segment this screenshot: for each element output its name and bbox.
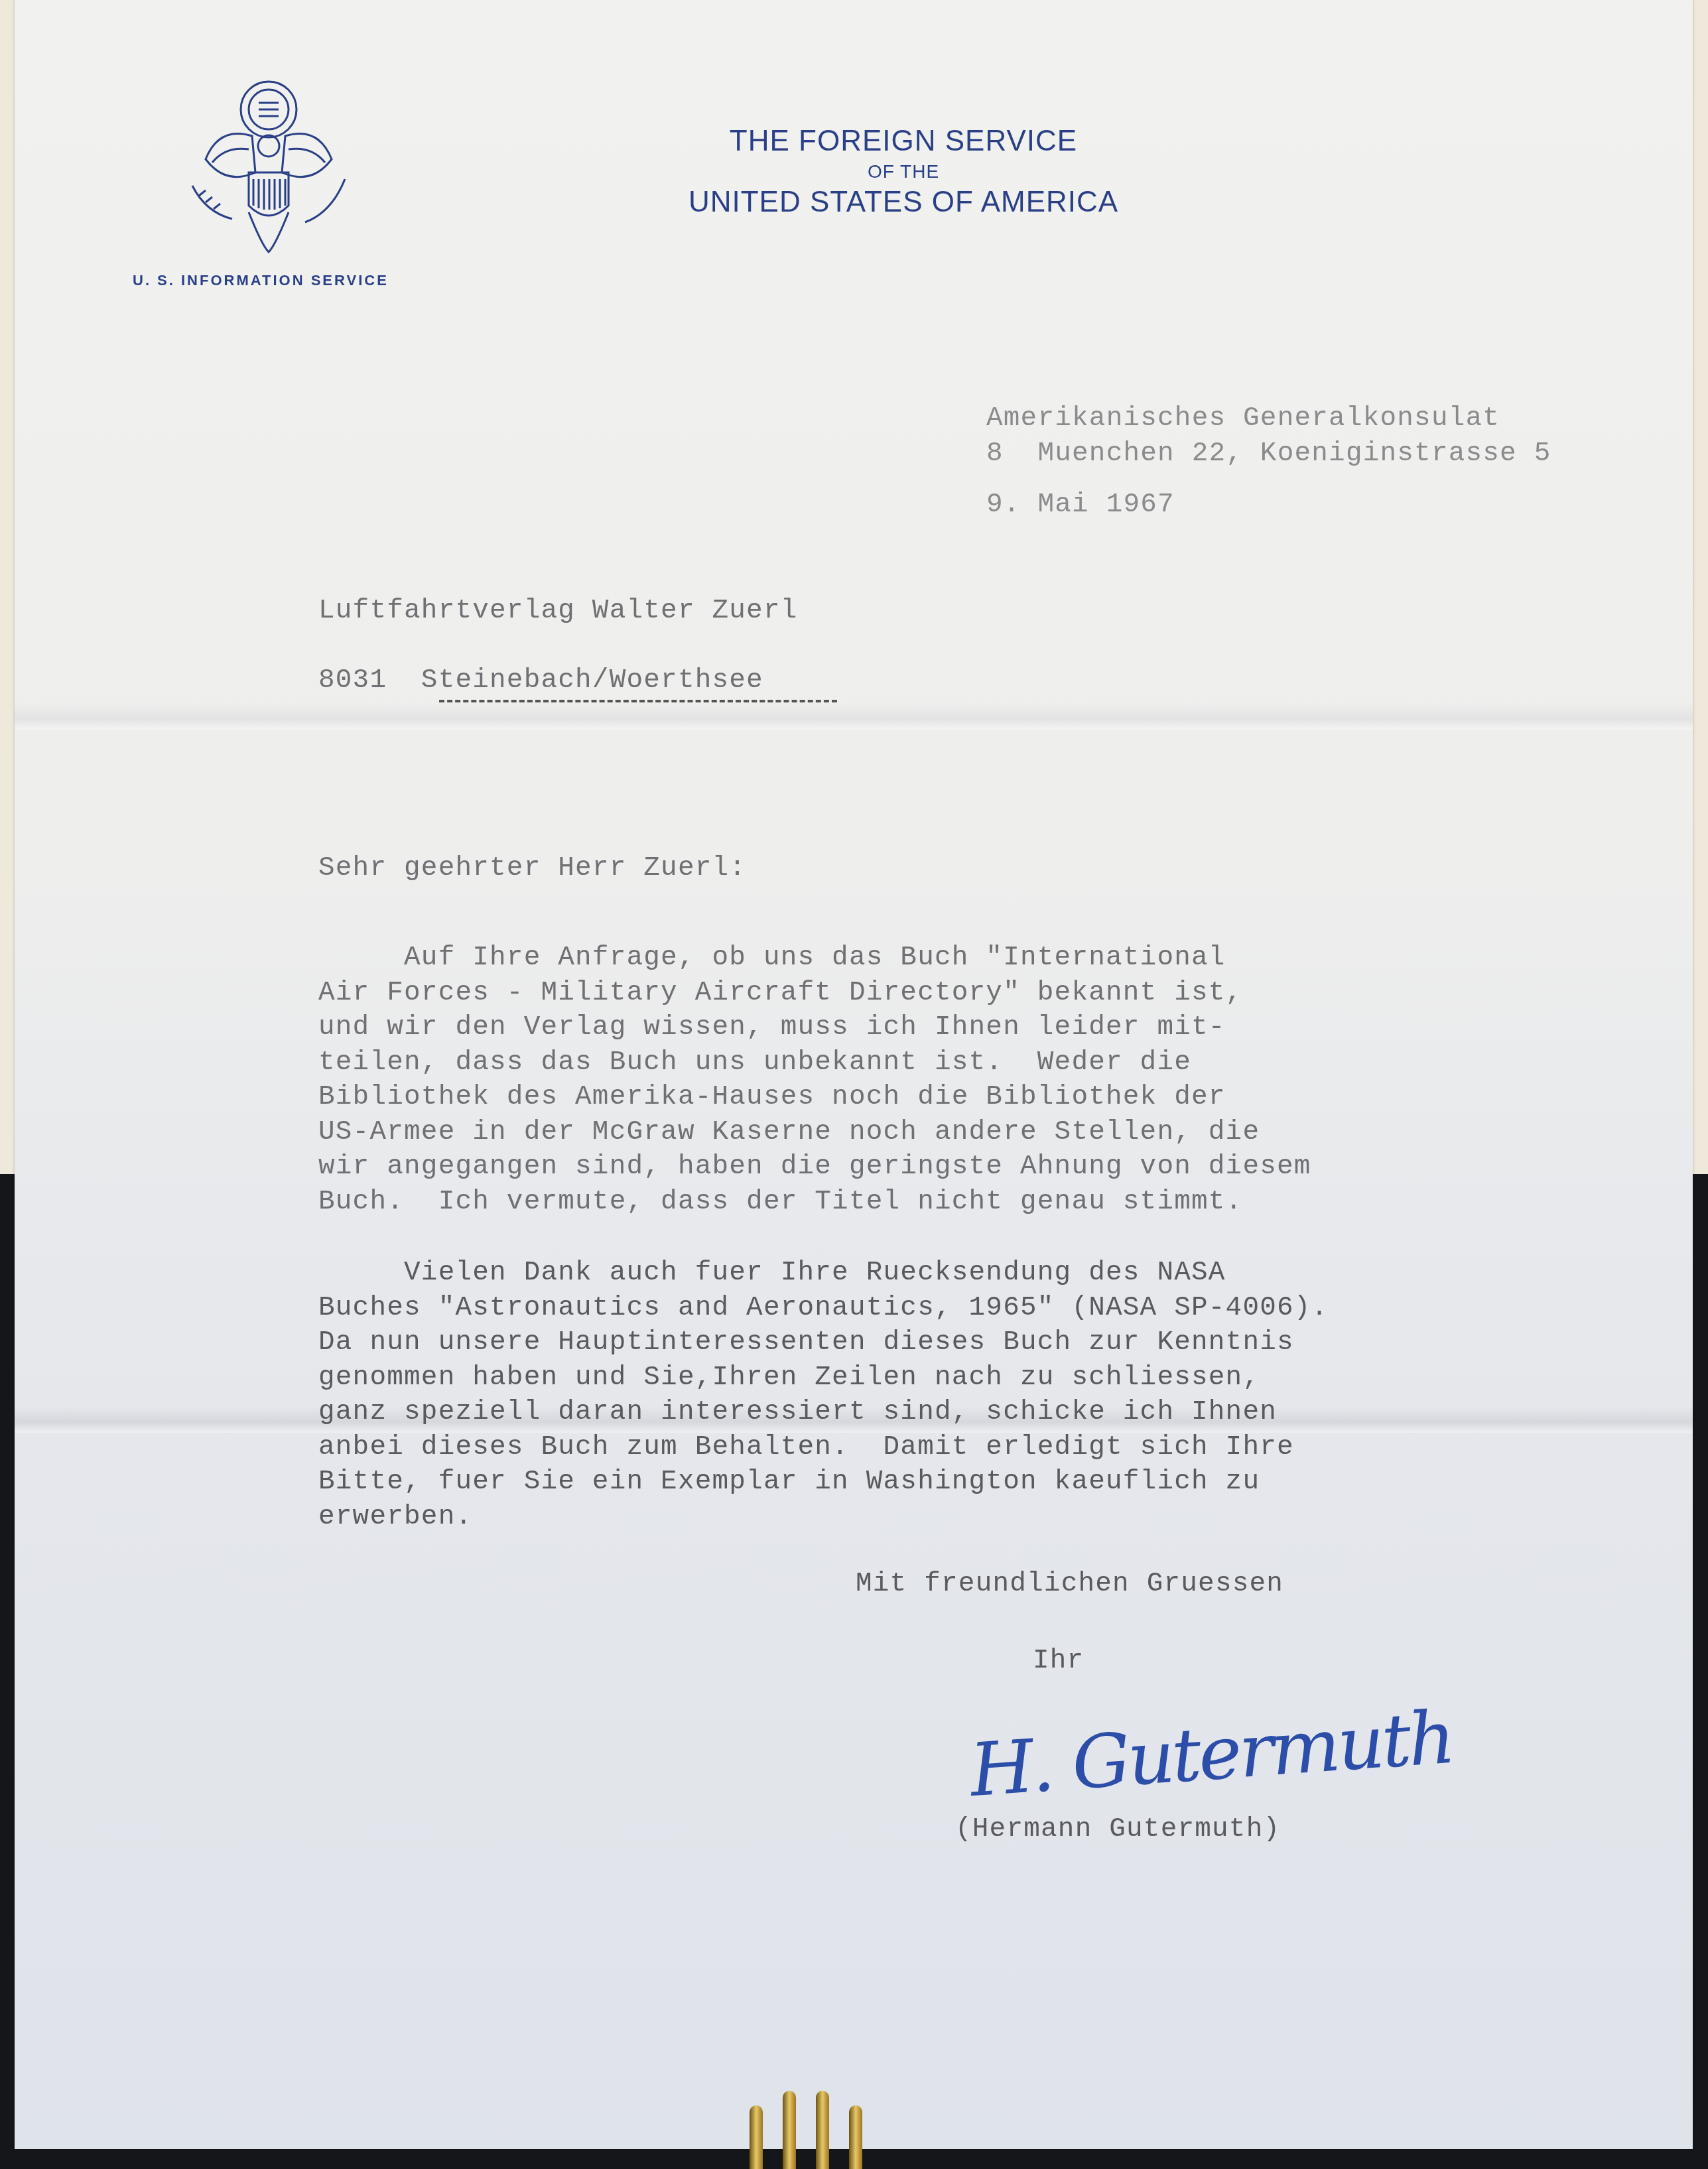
paragraph-line: ganz speziell daran interessiert sind, s… (318, 1397, 1277, 1427)
recipient-name: Luftfahrtverlag Walter Zuerl (318, 594, 798, 629)
closing-greeting: Mit freundlichen Gruessen (856, 1567, 1283, 1602)
letterhead-line-2: OF THE (598, 160, 1209, 184)
paragraph-line: und wir den Verlag wissen, muss ich Ihne… (318, 1012, 1226, 1043)
closing-ihr: Ihr (1033, 1644, 1084, 1679)
sender-line-1: Amerikanisches Generalkonsulat (986, 403, 1500, 434)
great-seal-eagle-icon (179, 73, 358, 259)
paper-fold-line (15, 703, 1693, 730)
letter-date: 9. Mai 1967 (986, 488, 1175, 523)
sender-address: Amerikanisches Generalkonsulat 8 Muenche… (986, 401, 1551, 471)
binder-rings-icon (743, 2089, 876, 2169)
recipient-city-underline (439, 700, 837, 702)
agency-label: U. S. INFORMATION SERVICE (133, 272, 389, 289)
paragraph-line: wir angegangen sind, haben die geringste… (318, 1151, 1311, 1182)
paragraph-line: Vielen Dank auch fuer Ihre Ruecksendung … (318, 1258, 1226, 1288)
letterhead-line-3: UNITED STATES OF AMERICA (598, 184, 1209, 221)
paragraph-line: Buches "Astronautics and Aeronautics, 19… (318, 1293, 1328, 1323)
paragraph-line: Da nun unsere Hauptinteressenten dieses … (318, 1327, 1294, 1358)
recipient-city: 8031 Steinebach/Woerthsee (318, 663, 763, 698)
paragraph-line: Auf Ihre Anfrage, ob uns das Buch "Inter… (318, 943, 1226, 973)
paragraph-line: Bibliothek des Amerika-Hauses noch die B… (318, 1082, 1226, 1112)
paragraph-line: Air Forces - Military Aircraft Directory… (318, 978, 1242, 1008)
body-paragraph-1: Auf Ihre Anfrage, ob uns das Buch "Inter… (318, 941, 1311, 1219)
letterhead-title: THE FOREIGN SERVICE OF THE UNITED STATES… (598, 123, 1209, 221)
body-paragraph-2: Vielen Dank auch fuer Ihre Ruecksendung … (318, 1256, 1328, 1534)
paragraph-line: genommen haben und Sie,Ihren Zeilen nach… (318, 1362, 1260, 1393)
sender-line-2: 8 Muenchen 22, Koeniginstrasse 5 (986, 438, 1551, 469)
paragraph-line: anbei dieses Buch zum Behalten. Damit er… (318, 1432, 1294, 1463)
paragraph-line: Bitte, fuer Sie ein Exemplar in Washingt… (318, 1467, 1260, 1497)
letter-paper: U. S. INFORMATION SERVICE THE FOREIGN SE… (15, 0, 1693, 2149)
printed-name: (Hermann Gutermuth) (955, 1812, 1280, 1847)
paragraph-line: US-Armee in der McGraw Kaserne noch ande… (318, 1117, 1260, 1148)
handwritten-signature: H. Gutermuth (967, 1695, 1455, 1813)
paragraph-line: erwerben. (318, 1502, 472, 1532)
salutation: Sehr geehrter Herr Zuerl: (318, 851, 746, 886)
paragraph-line: teilen, dass das Buch uns unbekannt ist.… (318, 1047, 1191, 1078)
letterhead-line-1: THE FOREIGN SERVICE (598, 123, 1209, 160)
paragraph-line: Buch. Ich vermute, dass der Titel nicht … (318, 1187, 1242, 1217)
